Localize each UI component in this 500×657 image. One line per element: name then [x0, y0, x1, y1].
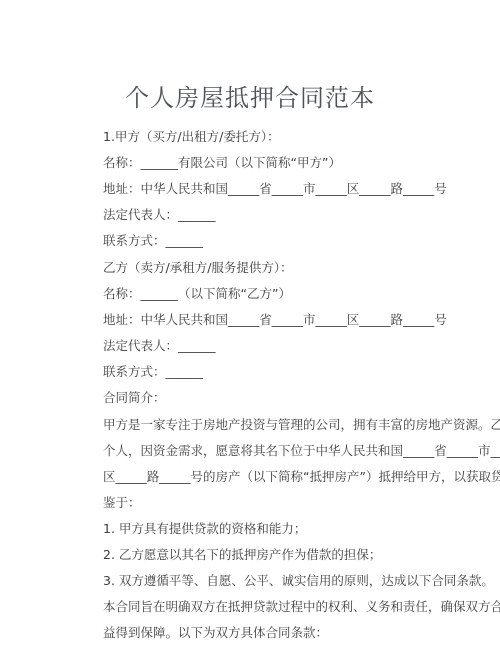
party-b-name: 名称：______（以下简称“乙方”）: [103, 285, 291, 303]
party-a-heading: 1.甲方（买方/出租方/委托方）：: [103, 128, 280, 146]
party-a-legal-representative: 法定代表人：______: [103, 206, 216, 224]
party-b-address: 地址：中华人民共和国_____省_____市_____区_____路_____号: [103, 311, 447, 329]
purpose-line-1: 本合同旨在明确双方在抵押贷款过程中的权利、义务和责任，确保双方合法权: [103, 598, 500, 616]
contract-intro-line-2: 个人，因资金需求，愿意将其名下位于中华人民共和国_____省_____市____…: [103, 442, 500, 460]
contract-intro-line-3: 区_____路_____号的房产（以下简称“抵押房产”）抵押给甲方，以获取贷款。: [103, 468, 500, 486]
party-b-heading: 乙方（卖方/承租方/服务提供方）：: [103, 259, 293, 277]
contract-intro-line-1: 甲方是一家专注于房地产投资与管理的公司，拥有丰富的房地产资源。乙方为: [103, 416, 500, 434]
party-a-address: 地址：中华人民共和国_____省_____市_____区_____路_____号: [103, 180, 447, 198]
party-b-contact: 联系方式：______: [103, 363, 203, 381]
whereas-heading: 鉴于：: [103, 494, 141, 512]
party-a-name: 名称：______有限公司（以下简称“甲方”）: [103, 154, 341, 172]
party-a-contact: 联系方式：______: [103, 232, 203, 250]
contract-intro-heading: 合同简介：: [103, 389, 166, 407]
whereas-item-1: 1. 甲方具有提供贷款的资格和能力；: [103, 520, 306, 538]
purpose-line-2: 益得到保障。以下为双方具体合同条款：: [103, 624, 328, 642]
document-title: 个人房屋抵押合同范本: [0, 82, 500, 114]
party-b-legal-representative: 法定代表人：______: [103, 337, 216, 355]
document-page: 个人房屋抵押合同范本 1.甲方（买方/出租方/委托方）： 名称：______有限…: [0, 0, 500, 657]
whereas-item-3: 3. 双方遵循平等、自愿、公平、诚实信用的原则，达成以下合同条款。: [103, 572, 494, 590]
whereas-item-2: 2. 乙方愿意以其名下的抵押房产作为借款的担保；: [103, 546, 381, 564]
